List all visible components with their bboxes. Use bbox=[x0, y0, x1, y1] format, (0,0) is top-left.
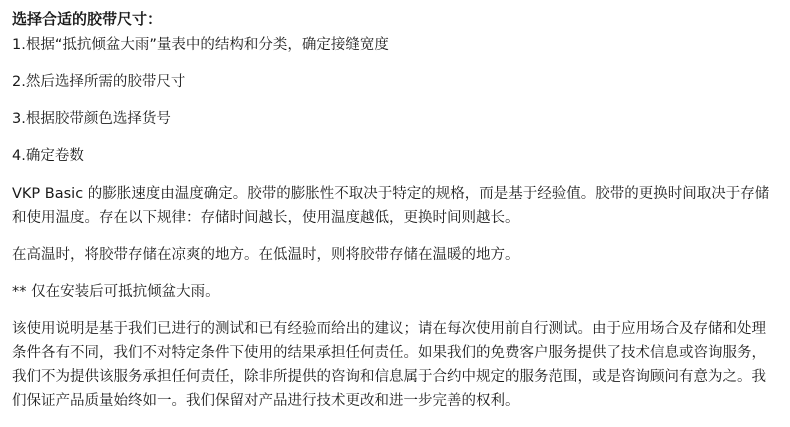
step-1: 1.根据“抵抗倾盆大雨”量表中的结构和分类，确定接缝宽度 bbox=[12, 34, 778, 56]
paragraph-expansion-rate: VKP Basic 的膨胀速度由温度确定。胶带的膨胀性不取决于特定的规格，而是基… bbox=[12, 182, 778, 230]
step-2: 2.然后选择所需的胶带尺寸 bbox=[12, 71, 778, 93]
paragraph-storage: 在高温时，将胶带存储在凉爽的地方。在低温时，则将胶带存储在温暖的地方。 bbox=[12, 243, 778, 267]
step-3: 3.根据胶带颜色选择货号 bbox=[12, 108, 778, 130]
paragraph-disclaimer: 该使用说明是基于我们已进行的测试和已有经验而给出的建议；请在每次使用前自行测试。… bbox=[12, 317, 778, 413]
step-4: 4.确定卷数 bbox=[12, 145, 778, 167]
document: 选择合适的胶带尺寸： 1.根据“抵抗倾盆大雨”量表中的结构和分类，确定接缝宽度 … bbox=[0, 0, 790, 413]
section-heading: 选择合适的胶带尺寸： bbox=[12, 8, 778, 30]
paragraph-footnote: ** 仅在安装后可抵抗倾盆大雨。 bbox=[12, 280, 778, 304]
